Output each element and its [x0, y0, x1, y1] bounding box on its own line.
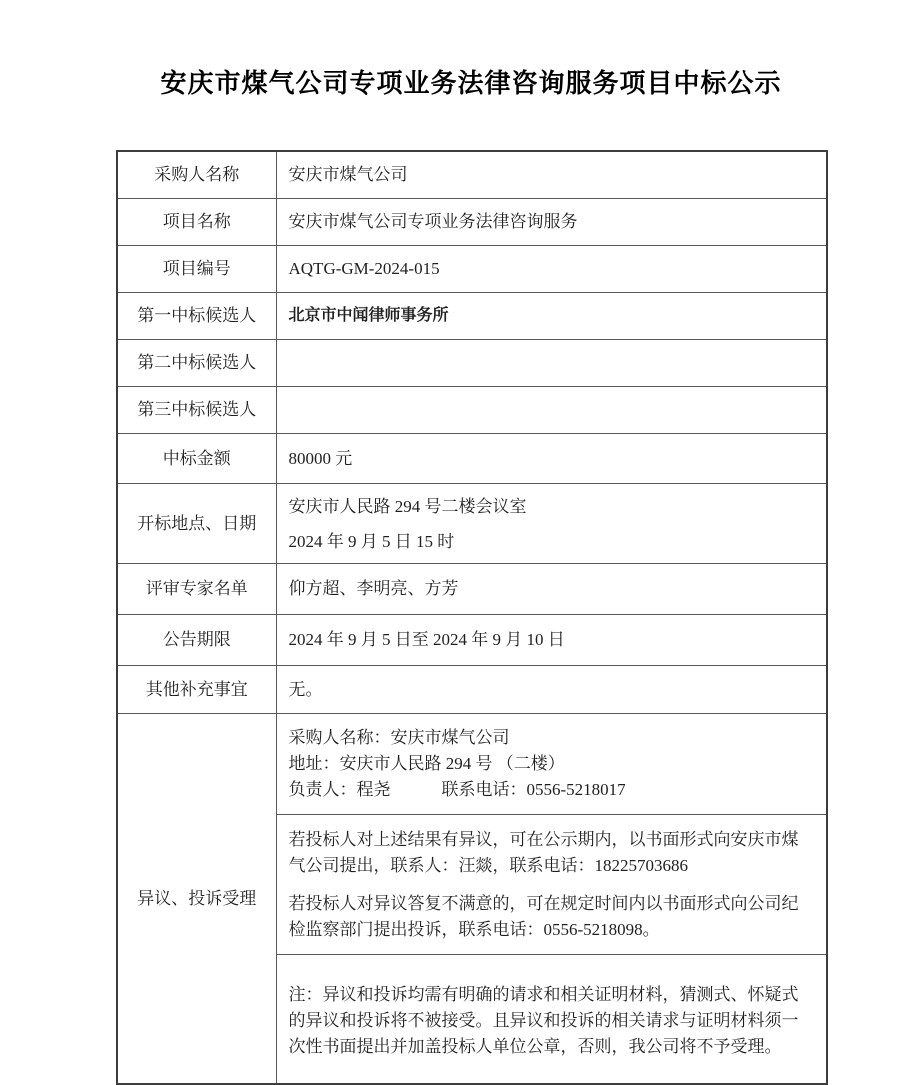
objection-procedure-para1: 若投标人对上述结果有异议，可在公示期内，以书面形式向安庆市煤气公司提出，联系人：… [289, 827, 813, 879]
row-label: 中标金额 [117, 434, 276, 484]
table-row-second-candidate: 第二中标候选人 [117, 340, 827, 387]
objection-label: 异议、投诉受理 [117, 714, 276, 1085]
row-value: 安庆市人民路 294 号二楼会议室 2024 年 9 月 5 日 15 时 [276, 484, 827, 564]
row-label: 第三中标候选人 [117, 387, 276, 434]
row-label: 第二中标候选人 [117, 340, 276, 387]
row-value: AQTG-GM-2024-015 [276, 246, 827, 293]
objection-note-cell: 注：异议和投诉均需有明确的请求和相关证明材料，猜测式、怀疑式的异议和投诉将不被接… [276, 955, 827, 1085]
row-label: 公告期限 [117, 615, 276, 666]
objection-address-line: 地址：安庆市人民路 294 号 （二楼） [289, 751, 813, 777]
objection-procedure-para2: 若投标人对异议答复不满意的，可在规定时间内以书面形式向公司纪检监察部门提出投诉，… [289, 891, 813, 943]
row-label: 开标地点、日期 [117, 484, 276, 564]
row-label: 其他补充事宜 [117, 666, 276, 714]
row-value: 2024 年 9 月 5 日至 2024 年 9 月 10 日 [276, 615, 827, 666]
table-row-expert-list: 评审专家名单 仰方超、李明亮、方芳 [117, 564, 827, 615]
objection-person-phone-line: 负责人：程尧 联系电话：0556-5218017 [289, 777, 813, 803]
objection-contact-cell: 采购人名称：安庆市煤气公司 地址：安庆市人民路 294 号 （二楼） 负责人：程… [276, 714, 827, 815]
opening-place: 安庆市人民路 294 号二楼会议室 [289, 489, 813, 524]
table-row-purchaser: 采购人名称 安庆市煤气公司 [117, 151, 827, 199]
row-value: 仰方超、李明亮、方芳 [276, 564, 827, 615]
document-page: 安庆市煤气公司专项业务法律咨询服务项目中标公示 采购人名称 安庆市煤气公司 项目… [116, 0, 826, 1085]
page-title: 安庆市煤气公司专项业务法律咨询服务项目中标公示 [116, 66, 826, 102]
table-row-third-candidate: 第三中标候选人 [117, 387, 827, 434]
table-row-project-number: 项目编号 AQTG-GM-2024-015 [117, 246, 827, 293]
table-row-opening-place-date: 开标地点、日期 安庆市人民路 294 号二楼会议室 2024 年 9 月 5 日… [117, 484, 827, 564]
table-row-project-name: 项目名称 安庆市煤气公司专项业务法律咨询服务 [117, 199, 827, 246]
row-value [276, 340, 827, 387]
announcement-table: 采购人名称 安庆市煤气公司 项目名称 安庆市煤气公司专项业务法律咨询服务 项目编… [116, 150, 828, 1085]
table-row-objection-contact: 异议、投诉受理 采购人名称：安庆市煤气公司 地址：安庆市人民路 294 号 （二… [117, 714, 827, 815]
row-value: 安庆市煤气公司专项业务法律咨询服务 [276, 199, 827, 246]
row-label: 项目编号 [117, 246, 276, 293]
row-label: 评审专家名单 [117, 564, 276, 615]
objection-purchaser-line: 采购人名称：安庆市煤气公司 [289, 725, 813, 751]
objection-note-text: 注：异议和投诉均需有明确的请求和相关证明材料，猜测式、怀疑式的异议和投诉将不被接… [289, 982, 813, 1060]
table-row-first-candidate: 第一中标候选人 北京市中闻律师事务所 [117, 293, 827, 340]
row-label: 项目名称 [117, 199, 276, 246]
row-value [276, 387, 827, 434]
row-label: 第一中标候选人 [117, 293, 276, 340]
row-value: 无。 [276, 666, 827, 714]
row-value: 80000 元 [276, 434, 827, 484]
opening-date: 2024 年 9 月 5 日 15 时 [289, 524, 813, 559]
objection-procedure-cell: 若投标人对上述结果有异议，可在公示期内，以书面形式向安庆市煤气公司提出，联系人：… [276, 815, 827, 955]
row-value: 安庆市煤气公司 [276, 151, 827, 199]
table-row-announcement-period: 公告期限 2024 年 9 月 5 日至 2024 年 9 月 10 日 [117, 615, 827, 666]
row-label: 采购人名称 [117, 151, 276, 199]
table-row-other-matters: 其他补充事宜 无。 [117, 666, 827, 714]
row-value: 北京市中闻律师事务所 [276, 293, 827, 340]
table-row-award-amount: 中标金额 80000 元 [117, 434, 827, 484]
